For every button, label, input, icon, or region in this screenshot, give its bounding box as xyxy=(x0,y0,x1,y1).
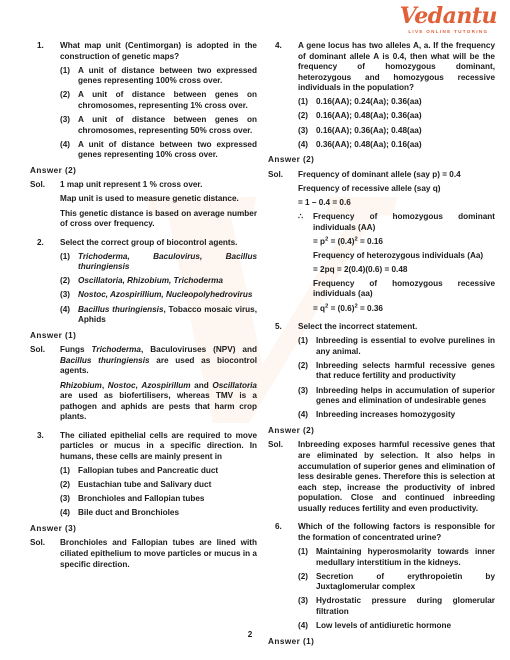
text-run: = q xyxy=(313,304,325,313)
question-number: 2. xyxy=(30,238,60,249)
question-number: 5. xyxy=(268,322,298,333)
question-block: 2.Select the correct group of biocontrol… xyxy=(30,238,257,423)
text-run: Eustachian tube and Salivary duct xyxy=(78,480,211,489)
solution-label: Sol. xyxy=(268,170,298,314)
text-run: A unit of distance between two expressed… xyxy=(78,66,257,86)
text-run: Azospirillum xyxy=(141,381,190,390)
answer-line: Answer (3) xyxy=(30,524,257,535)
solution-paragraph: Frequency of recessive allele (say q) xyxy=(298,184,495,195)
question-block: 5.Select the incorrect statement.(1)Inbr… xyxy=(268,322,495,514)
option-label: (3) xyxy=(298,126,316,137)
text-run: Trichoderma xyxy=(92,345,141,354)
option-text: Inbreeding increases homozygosity xyxy=(316,410,495,421)
answer-line: Answer (1) xyxy=(30,331,257,342)
solution-body: 1 map unit represent 1 % cross over.Map … xyxy=(60,180,257,229)
question-text: The ciliated epithelial cells are requir… xyxy=(60,431,257,463)
option-text: Fallopian tubes and Pancreatic duct xyxy=(78,466,257,477)
solution-label: Sol. xyxy=(30,180,60,229)
text-run: Inbreeding exposes harmful recessive gen… xyxy=(298,440,495,512)
text-run: Frequency of homozygous dominant individ… xyxy=(313,212,495,232)
solution: Sol.Inbreeding exposes harmful recessive… xyxy=(268,440,495,514)
text-run: 0.16(AA); 0.36(Aa); 0.48(aa) xyxy=(316,126,422,135)
option-label: (4) xyxy=(60,140,78,161)
option-label: (4) xyxy=(60,305,78,326)
answer-option: (4)A unit of distance between two expres… xyxy=(60,140,257,161)
option-text: 0.16(AA); 0.24(Aa); 0.36(aa) xyxy=(316,97,495,108)
solution-label: Sol. xyxy=(30,345,60,423)
question-block: 3.The ciliated epithelial cells are requ… xyxy=(30,431,257,570)
answer-option: (2)Inbreeding selects harmful recessive … xyxy=(298,361,495,382)
text-run: = p xyxy=(313,237,325,246)
solution-paragraph: ∴Frequency of homozygous dominant indivi… xyxy=(298,212,495,233)
solution-paragraph: Map unit is used to measure genetic dist… xyxy=(60,194,257,205)
text-run: Bronchioles and Fallopian tubes xyxy=(78,494,204,503)
text-run: , Baculoviruses (NPV) and xyxy=(141,345,257,354)
two-column-content: 1.What map unit (Centimorgan) is adopted… xyxy=(30,41,495,647)
option-text: 0.36(AA); 0.48(Aa); 0.16(aa) xyxy=(316,140,495,151)
option-text: Nostoc, Azospirillium, Nucleopolyhedrovi… xyxy=(78,290,257,301)
question-number: 1. xyxy=(30,41,60,62)
solution: Sol.Frequency of dominant allele (say p)… xyxy=(268,170,495,314)
question-number: 3. xyxy=(30,431,60,463)
answer-option: (1)Fallopian tubes and Pancreatic duct xyxy=(60,466,257,477)
text-run: Frequency of heterozygous individuals (A… xyxy=(313,251,483,260)
solution-label: Sol. xyxy=(30,538,60,570)
text-run: = 2pq = 2(0.4)(0.6) = 0.48 xyxy=(313,265,407,274)
answer-option: (2)Oscillatoria, Rhizobium, Trichoderma xyxy=(60,276,257,287)
text-run: Select the xyxy=(298,322,339,331)
text-run: 0.16(AA); 0.48(Aa); 0.36(aa) xyxy=(316,111,422,120)
therefore-row: ∴Frequency of homozygous dominant indivi… xyxy=(298,212,495,233)
option-label: (2) xyxy=(298,361,316,382)
option-text: A unit of distance between two expressed… xyxy=(78,66,257,87)
text-run: A unit of distance between genes on chro… xyxy=(78,90,257,110)
answer-option: (3)A unit of distance between genes on c… xyxy=(60,115,257,136)
text-run: Low levels of antidiuretic hormone xyxy=(316,621,451,630)
option-label: (1) xyxy=(298,547,316,568)
text-run: Oscillatoria, Rhizobium, Trichoderma xyxy=(78,276,223,285)
text-run: Maintaining hyperosmolarity towards inne… xyxy=(316,547,495,567)
solution-paragraph: Fungs Trichoderma, Baculoviruses (NPV) a… xyxy=(60,345,257,377)
text-run: incorrect xyxy=(339,322,374,331)
text-run: Bronchioles and Fallopian tubes are line… xyxy=(60,538,257,568)
option-label: (3) xyxy=(298,386,316,407)
text-run: are used as biofertilisers, whereas TMV … xyxy=(60,391,257,421)
text-run: Inbreeding helps in accumulation of supe… xyxy=(316,386,495,406)
question-text: What map unit (Centimorgan) is adopted i… xyxy=(60,41,257,62)
text-run: Rhizobium xyxy=(60,381,102,390)
option-text: A unit of distance between two expressed… xyxy=(78,140,257,161)
column-right: 4.A gene locus has two alleles A, a. If … xyxy=(268,41,495,647)
answer-line: Answer (2) xyxy=(268,155,495,166)
question: 3.The ciliated epithelial cells are requ… xyxy=(30,431,257,463)
text-run: 0.16(AA); 0.24(Aa); 0.36(aa) xyxy=(316,97,422,106)
therefore-text: Frequency of homozygous dominant individ… xyxy=(313,212,495,233)
text-run: Secretion of erythropoietin by Juxtaglom… xyxy=(316,572,495,592)
solution: Sol.1 map unit represent 1 % cross over.… xyxy=(30,180,257,229)
logo-tagline: LIVE ONLINE TUTORING xyxy=(400,29,497,34)
answer-line: Answer (2) xyxy=(268,426,495,437)
solution-paragraph: = p2 = (0.4)2 = 0.16 xyxy=(313,237,495,248)
column-left: 1.What map unit (Centimorgan) is adopted… xyxy=(30,41,257,647)
solution-paragraph: Frequency of heterozygous individuals (A… xyxy=(313,251,495,262)
question: 4.A gene locus has two alleles A, a. If … xyxy=(268,41,495,94)
option-text: Inbreeding helps in accumulation of supe… xyxy=(316,386,495,407)
option-label: (2) xyxy=(298,111,316,122)
solution-paragraph: = 1 – 0.4 = 0.6 xyxy=(298,198,495,209)
question: 6.Which of the following factors is resp… xyxy=(268,522,495,543)
option-label: (2) xyxy=(60,90,78,111)
option-label: (2) xyxy=(60,276,78,287)
question-block: 1.What map unit (Centimorgan) is adopted… xyxy=(30,41,257,230)
text-run: Frequency of recessive allele (say q) xyxy=(298,184,440,193)
answer-option: (2)0.16(AA); 0.48(Aa); 0.36(aa) xyxy=(298,111,495,122)
text-run: What map unit (Centimorgan) is adopted i… xyxy=(60,41,257,61)
text-run: Inbreeding selects harmful recessive gen… xyxy=(316,361,495,381)
text-run: and xyxy=(191,381,213,390)
solution-paragraph: = q2 = (0.6)2 = 0.36 xyxy=(313,304,495,315)
text-run: = 1 – 0.4 = 0.6 xyxy=(298,198,351,207)
answer-option: (2)A unit of distance between genes on c… xyxy=(60,90,257,111)
question-text: A gene locus has two alleles A, a. If th… xyxy=(298,41,495,94)
question-block: 6.Which of the following factors is resp… xyxy=(268,522,495,647)
option-label: (4) xyxy=(60,508,78,519)
answer-option: (1)Maintaining hyperosmolarity towards i… xyxy=(298,547,495,568)
option-label: (1) xyxy=(60,466,78,477)
text-run: 0.36(AA); 0.48(Aa); 0.16(aa) xyxy=(316,140,422,149)
option-label: (3) xyxy=(298,596,316,617)
text-run: = 0.36 xyxy=(358,304,383,313)
text-run: A unit of distance between genes on chro… xyxy=(78,115,257,135)
text-run: 1 map unit represent 1 % cross over. xyxy=(60,180,202,189)
solution: Sol.Fungs Trichoderma, Baculoviruses (NP… xyxy=(30,345,257,423)
text-run: statement. xyxy=(374,322,417,331)
text-run: Inbreeding is essential to evolve pureli… xyxy=(316,336,495,356)
text-run: Fungs xyxy=(60,345,92,354)
answer-option: (4)Bile duct and Bronchioles xyxy=(60,508,257,519)
text-run: A gene locus has two alleles A, a. If th… xyxy=(298,41,495,92)
text-run: Bacillus thuringiensis xyxy=(78,305,164,314)
text-run: Frequency of homozygous recessive indivi… xyxy=(313,279,495,299)
option-label: (4) xyxy=(298,140,316,151)
option-label: (1) xyxy=(298,97,316,108)
solution-paragraph: Frequency of dominant allele (say p) = 0… xyxy=(298,170,495,181)
solution-paragraph: Rhizobium, Nostoc, Azospirillum and Osci… xyxy=(60,381,257,423)
question-number: 6. xyxy=(268,522,298,543)
solution-body: Fungs Trichoderma, Baculoviruses (NPV) a… xyxy=(60,345,257,423)
text-run: Hydrostatic pressure during glomerular f… xyxy=(316,596,495,616)
solution-body: Inbreeding exposes harmful recessive gen… xyxy=(298,440,495,514)
option-text: A unit of distance between genes on chro… xyxy=(78,115,257,136)
text-run: Which of the following factors is respon… xyxy=(298,522,495,542)
question-block: 4.A gene locus has two alleles A, a. If … xyxy=(268,41,495,314)
text-run: Bile duct and Bronchioles xyxy=(78,508,179,517)
text-run: Bacillus thuringiensis xyxy=(60,356,150,365)
option-text: 0.16(AA); 0.36(Aa); 0.48(aa) xyxy=(316,126,495,137)
text-run: Trichoderma, Baculovirus, Bacillus thuri… xyxy=(78,252,257,272)
document-page: V Vedantu LIVE ONLINE TUTORING 1.What ma… xyxy=(0,0,510,660)
text-run: Nostoc, Azospirillium, Nucleopolyhedrovi… xyxy=(78,290,252,299)
solution-body: Frequency of dominant allele (say p) = 0… xyxy=(298,170,495,314)
answer-option: (4)Bacillus thuringiensis, Tobacco mosai… xyxy=(60,305,257,326)
text-run: group of biocontrol agents. xyxy=(129,238,238,247)
answer-option: (1)0.16(AA); 0.24(Aa); 0.36(aa) xyxy=(298,97,495,108)
solution-label: Sol. xyxy=(268,440,298,514)
solution: Sol.Bronchioles and Fallopian tubes are … xyxy=(30,538,257,570)
answer-option: (1)Trichoderma, Baculovirus, Bacillus th… xyxy=(60,252,257,273)
therefore-symbol: ∴ xyxy=(298,212,313,233)
answer-option: (4)0.36(AA); 0.48(Aa); 0.16(aa) xyxy=(298,140,495,151)
text-run: Fallopian tubes and Pancreatic duct xyxy=(78,466,218,475)
text-run: This genetic distance is based on averag… xyxy=(60,209,257,229)
text-run: Oscillatoria xyxy=(212,381,257,390)
option-text: Maintaining hyperosmolarity towards inne… xyxy=(316,547,495,568)
answer-option: (3)Nostoc, Azospirillium, Nucleopolyhedr… xyxy=(60,290,257,301)
solution-paragraph: Frequency of homozygous recessive indivi… xyxy=(313,279,495,300)
text-run: Map unit is used to measure genetic dist… xyxy=(60,194,239,203)
option-label: (3) xyxy=(60,494,78,505)
text-run: Select the xyxy=(60,238,101,247)
answer-option: (2)Eustachian tube and Salivary duct xyxy=(60,480,257,491)
option-label: (4) xyxy=(298,410,316,421)
question: 2.Select the correct group of biocontrol… xyxy=(30,238,257,249)
question: 5.Select the incorrect statement. xyxy=(268,322,495,333)
option-text: 0.16(AA); 0.48(Aa); 0.36(aa) xyxy=(316,111,495,122)
option-text: Bacillus thuringiensis, Tobacco mosaic v… xyxy=(78,305,257,326)
answer-option: (1)Inbreeding is essential to evolve pur… xyxy=(298,336,495,357)
answer-option: (1)A unit of distance between two expres… xyxy=(60,66,257,87)
question: 1.What map unit (Centimorgan) is adopted… xyxy=(30,41,257,62)
answer-option: (4)Inbreeding increases homozygosity xyxy=(298,410,495,421)
page-number: 2 xyxy=(0,630,500,639)
question-number: 4. xyxy=(268,41,298,94)
option-label: (1) xyxy=(60,66,78,87)
text-run: Frequency of dominant allele (say p) = 0… xyxy=(298,170,461,179)
text-run: = 0.16 xyxy=(358,237,383,246)
answer-option: (3)Inbreeding helps in accumulation of s… xyxy=(298,386,495,407)
option-text: Bronchioles and Fallopian tubes xyxy=(78,494,257,505)
option-label: (2) xyxy=(60,480,78,491)
option-text: A unit of distance between genes on chro… xyxy=(78,90,257,111)
option-text: Inbreeding selects harmful recessive gen… xyxy=(316,361,495,382)
vedantu-logo: Vedantu LIVE ONLINE TUTORING xyxy=(400,5,497,34)
solution-paragraph: Inbreeding exposes harmful recessive gen… xyxy=(298,440,495,514)
text-run: = (0.6) xyxy=(328,304,354,313)
text-run: The ciliated epithelial cells are requir… xyxy=(60,431,257,461)
logo-wordmark: Vedantu xyxy=(400,5,497,28)
answer-option: (3)Hydrostatic pressure during glomerula… xyxy=(298,596,495,617)
question-text: Select the correct group of biocontrol a… xyxy=(60,238,257,249)
text-run: Nostoc xyxy=(108,381,136,390)
text-run: Inbreeding increases homozygosity xyxy=(316,410,455,419)
answer-line: Answer (2) xyxy=(30,166,257,177)
answer-option: (3)Bronchioles and Fallopian tubes xyxy=(60,494,257,505)
option-text: Hydrostatic pressure during glomerular f… xyxy=(316,596,495,617)
text-run: correct xyxy=(101,238,129,247)
answer-option: (3)0.16(AA); 0.36(Aa); 0.48(aa) xyxy=(298,126,495,137)
text-run: = (0.4) xyxy=(328,237,354,246)
solution-paragraph: = 2pq = 2(0.4)(0.6) = 0.48 xyxy=(313,265,495,276)
solution-body: Bronchioles and Fallopian tubes are line… xyxy=(60,538,257,570)
solution-paragraph: Bronchioles and Fallopian tubes are line… xyxy=(60,538,257,570)
question-text: Select the incorrect statement. xyxy=(298,322,495,333)
option-label: (2) xyxy=(298,572,316,593)
option-text: Trichoderma, Baculovirus, Bacillus thuri… xyxy=(78,252,257,273)
option-text: Bile duct and Bronchioles xyxy=(78,508,257,519)
solution-paragraph: This genetic distance is based on averag… xyxy=(60,209,257,230)
option-text: Eustachian tube and Salivary duct xyxy=(78,480,257,491)
option-text: Inbreeding is essential to evolve pureli… xyxy=(316,336,495,357)
option-text: Oscillatoria, Rhizobium, Trichoderma xyxy=(78,276,257,287)
option-text: Secretion of erythropoietin by Juxtaglom… xyxy=(316,572,495,593)
question-text: Which of the following factors is respon… xyxy=(298,522,495,543)
option-label: (1) xyxy=(298,336,316,357)
option-label: (3) xyxy=(60,290,78,301)
text-run: A unit of distance between two expressed… xyxy=(78,140,257,160)
option-label: (1) xyxy=(60,252,78,273)
option-label: (3) xyxy=(60,115,78,136)
solution-paragraph: 1 map unit represent 1 % cross over. xyxy=(60,180,257,191)
answer-option: (2)Secretion of erythropoietin by Juxtag… xyxy=(298,572,495,593)
